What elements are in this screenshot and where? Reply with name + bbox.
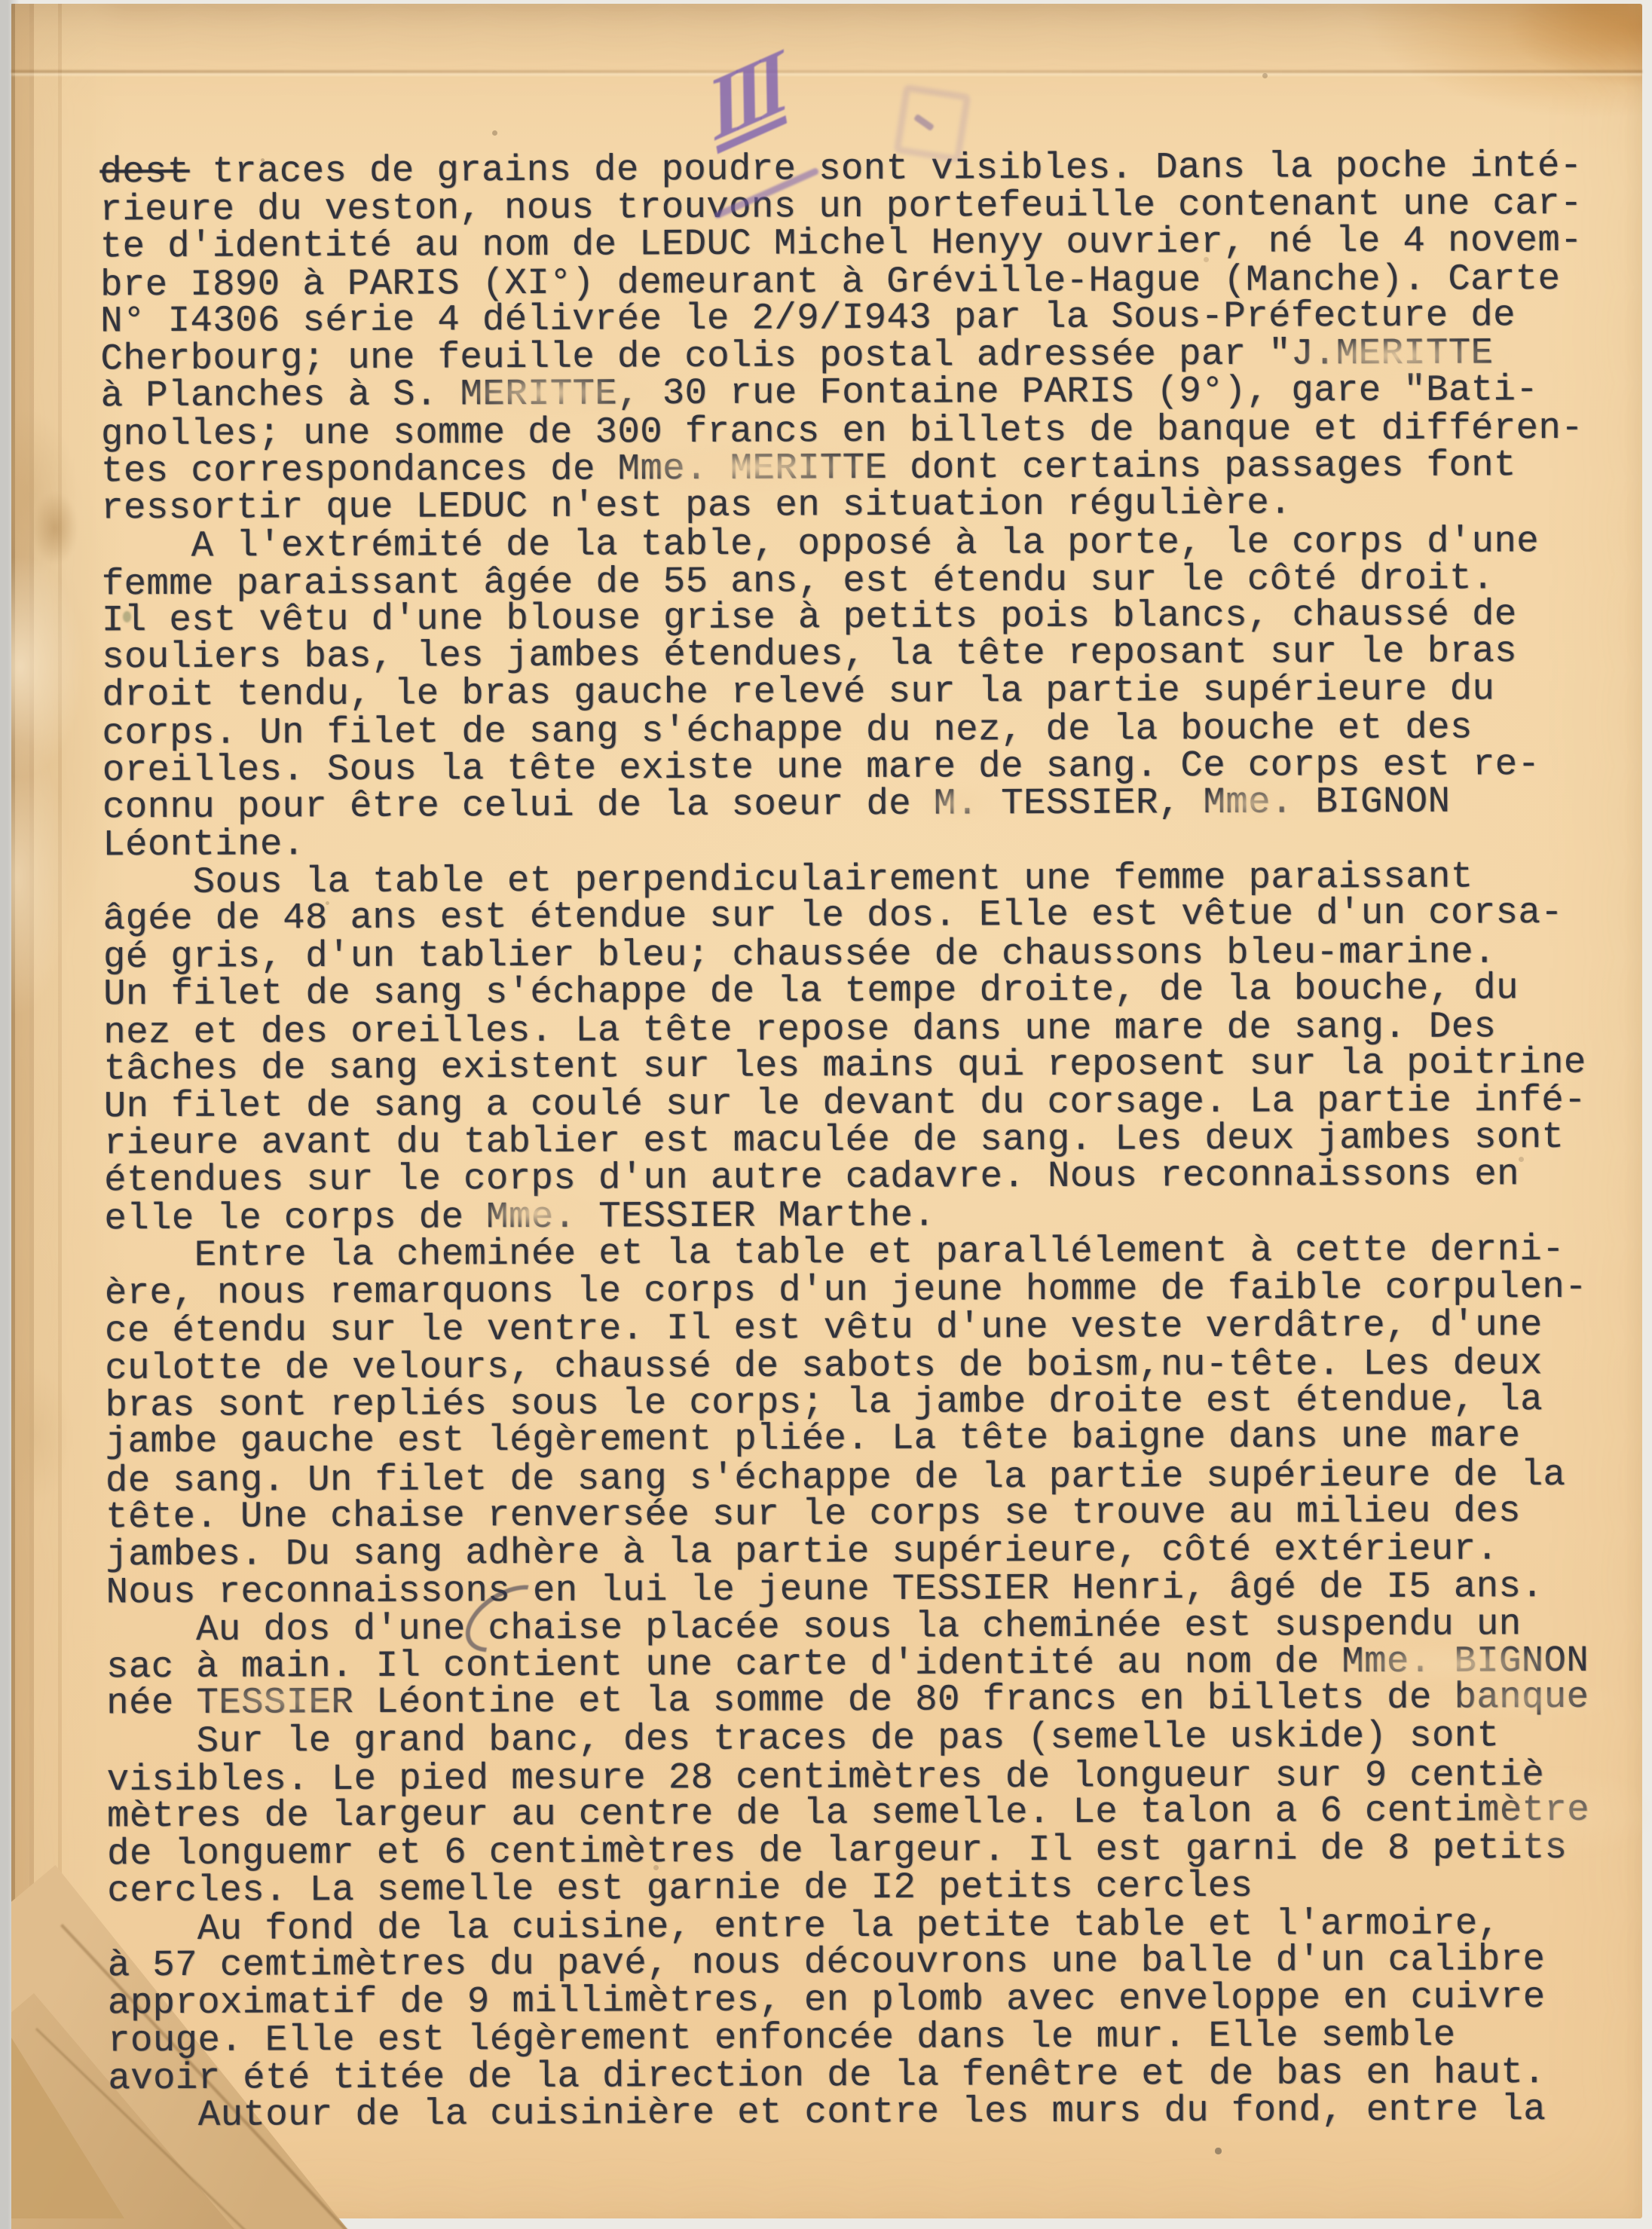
faded-ink-patch [1432,1679,1620,1721]
faded-ink-patch [1281,334,1515,378]
typed-line: à 57 cemtimètres du pavé, nous découvron… [108,1940,1638,1984]
typed-line: culotte de velours, chaussé de sabots de… [105,1345,1635,1388]
typed-line: femme paraissant âgée de 55 ans, est éte… [102,559,1632,603]
faded-ink-patch [922,784,998,823]
struck-word: dest [99,151,189,194]
typed-line: visibles. Le pied mesure 28 centimètres … [107,1756,1637,1799]
faded-ink-patch [607,446,901,488]
faded-ink-patch [1191,784,1311,823]
faded-ink-patch [475,1194,595,1233]
typed-line: souliers bas, les jambes étendues, la tê… [102,632,1632,676]
top-shading [11,4,1642,69]
faded-ink-patch [1467,1768,1652,1858]
typed-line: étendues sur le corps d'un autre cadavre… [104,1156,1634,1200]
typed-line: gé gris, d'un tablier bleu; chaussée de … [103,934,1633,977]
typed-line: bre I890 à PARIS (XI°) demeurant à Grévi… [100,260,1630,304]
typed-line: connu pour être celui de la soeur de M. … [102,783,1632,827]
typed-line: de sang. Un filet de sang s'échappe de l… [106,1456,1635,1500]
typed-line: nez et des oreilles. La tête repose dans… [103,1007,1633,1051]
typed-line: avoir été titée de la direction de la fe… [108,2054,1638,2098]
edge-stain [32,492,78,564]
horizontal-crease [11,70,1642,73]
foxing-dots [11,4,14,6]
document-scan: dest traces de grains de poudre sont vis… [0,0,1652,2229]
typed-line: corps. Un filet de sang s'échappe du nez… [102,708,1632,752]
faded-ink-patch [185,1680,374,1720]
faded-ink-patch [451,372,650,413]
